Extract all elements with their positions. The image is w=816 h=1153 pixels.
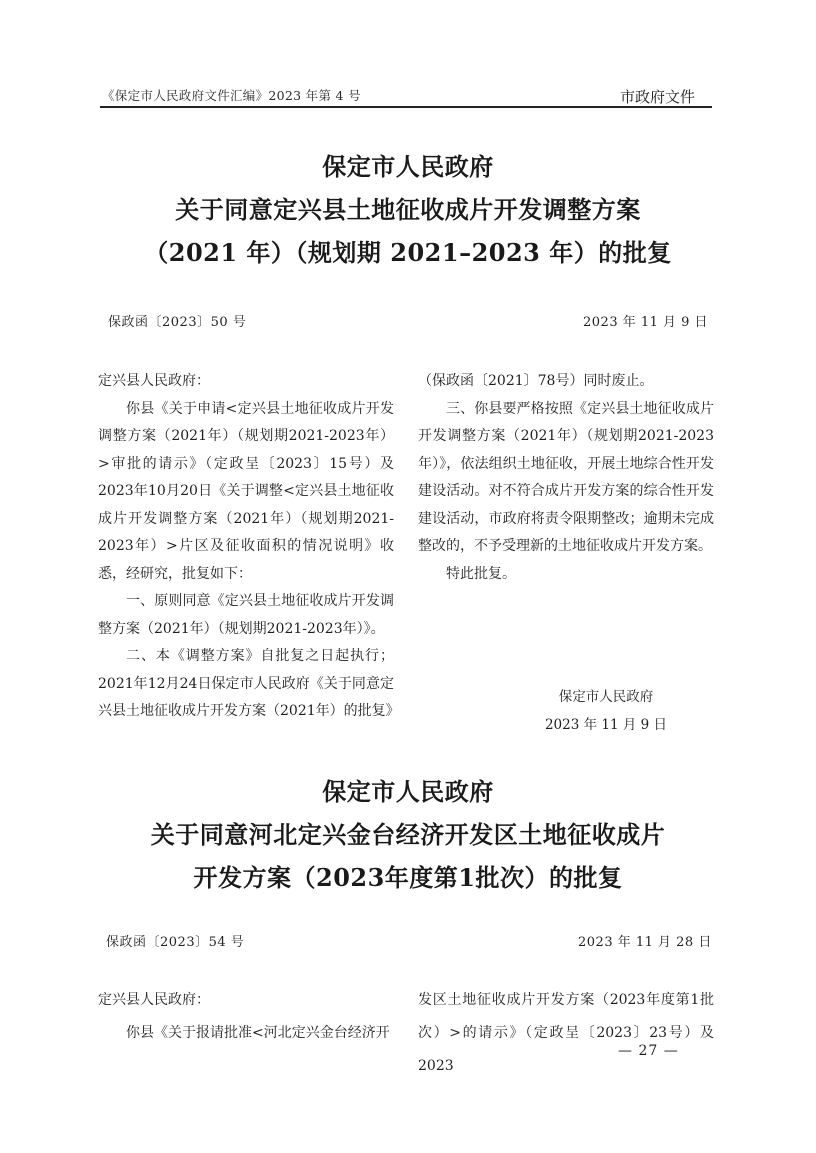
section-label: 市政府文件 — [620, 86, 695, 107]
doc1-signature: 保定市人民政府 2023 年 11 月 9 日 — [506, 683, 706, 739]
doc2-right-column: 发区土地征收成片开发方案（2023年度第1批次）>的请示》（定政呈〔2023〕2… — [418, 984, 714, 1083]
page-number: — 27 — — [618, 1043, 679, 1059]
doc2-number: 保政函〔2023〕54 号 — [106, 931, 244, 950]
doc1-paragraph: 三、你县要严格按照《定兴县土地征收成片开发调整方案（2021年）（规划期2021… — [418, 396, 714, 561]
doc2-addressee: 定兴县人民政府： — [98, 984, 394, 1017]
doc1-signature-org: 保定市人民政府 — [506, 683, 706, 711]
doc1-right-column: （保政函〔2021〕78号）同时废止。 三、你县要严格按照《定兴县土地征收成片开… — [418, 368, 714, 588]
doc1-date: 2023 年 11 月 9 日 — [583, 311, 708, 330]
doc1-number: 保政函〔2023〕50 号 — [108, 311, 246, 330]
doc2-left-column: 定兴县人民政府： 你县《关于报请批准<河北定兴金台经济开 — [98, 984, 394, 1050]
doc1-left-column: 定兴县人民政府： 你县《关于申请<定兴县土地征收成片开发调整方案（2021年）（… — [98, 368, 394, 726]
doc2-title-line-3: 开发方案（2023年度第1批次）的批复 — [0, 856, 816, 899]
doc1-closing: 特此批复。 — [418, 561, 714, 589]
doc1-title-line-1: 保定市人民政府 — [0, 145, 816, 188]
doc1-signature-date: 2023 年 11 月 9 日 — [506, 711, 706, 739]
doc1-addressee: 定兴县人民政府： — [98, 368, 394, 396]
doc2-paragraph: 发区土地征收成片开发方案（2023年度第1批次）>的请示》（定政呈〔2023〕2… — [418, 984, 714, 1083]
doc1-title: 保定市人民政府 关于同意定兴县土地征收成片开发调整方案 （2021 年）（规划期… — [0, 145, 816, 274]
doc2-date: 2023 年 11 月 28 日 — [578, 931, 712, 950]
doc2-title-line-1: 保定市人民政府 — [0, 770, 816, 813]
doc1-paragraph: 你县《关于申请<定兴县土地征收成片开发调整方案（2021年）（规划期2021-2… — [98, 396, 394, 589]
doc1-title-line-2: 关于同意定兴县土地征收成片开发调整方案 — [0, 188, 816, 231]
doc1-paragraph: （保政函〔2021〕78号）同时废止。 — [418, 368, 714, 396]
doc1-paragraph: 一、原则同意《定兴县土地征收成片开发调整方案（2021年）（规划期2021-20… — [98, 588, 394, 643]
doc2-paragraph: 你县《关于报请批准<河北定兴金台经济开 — [98, 1017, 394, 1050]
header-divider — [100, 106, 712, 108]
doc2-title: 保定市人民政府 关于同意河北定兴金台经济开发区土地征收成片 开发方案（2023年… — [0, 770, 816, 899]
doc1-title-line-3: （2021 年）（规划期 2021–2023 年）的批复 — [0, 231, 816, 274]
doc2-title-line-2: 关于同意河北定兴金台经济开发区土地征收成片 — [0, 813, 816, 856]
doc1-paragraph: 二、本《调整方案》自批复之日起执行；2021年12月24日保定市人民政府《关于同… — [98, 643, 394, 726]
running-header-title: 《保定市人民政府文件汇编》2023 年第 4 号 — [102, 86, 361, 104]
